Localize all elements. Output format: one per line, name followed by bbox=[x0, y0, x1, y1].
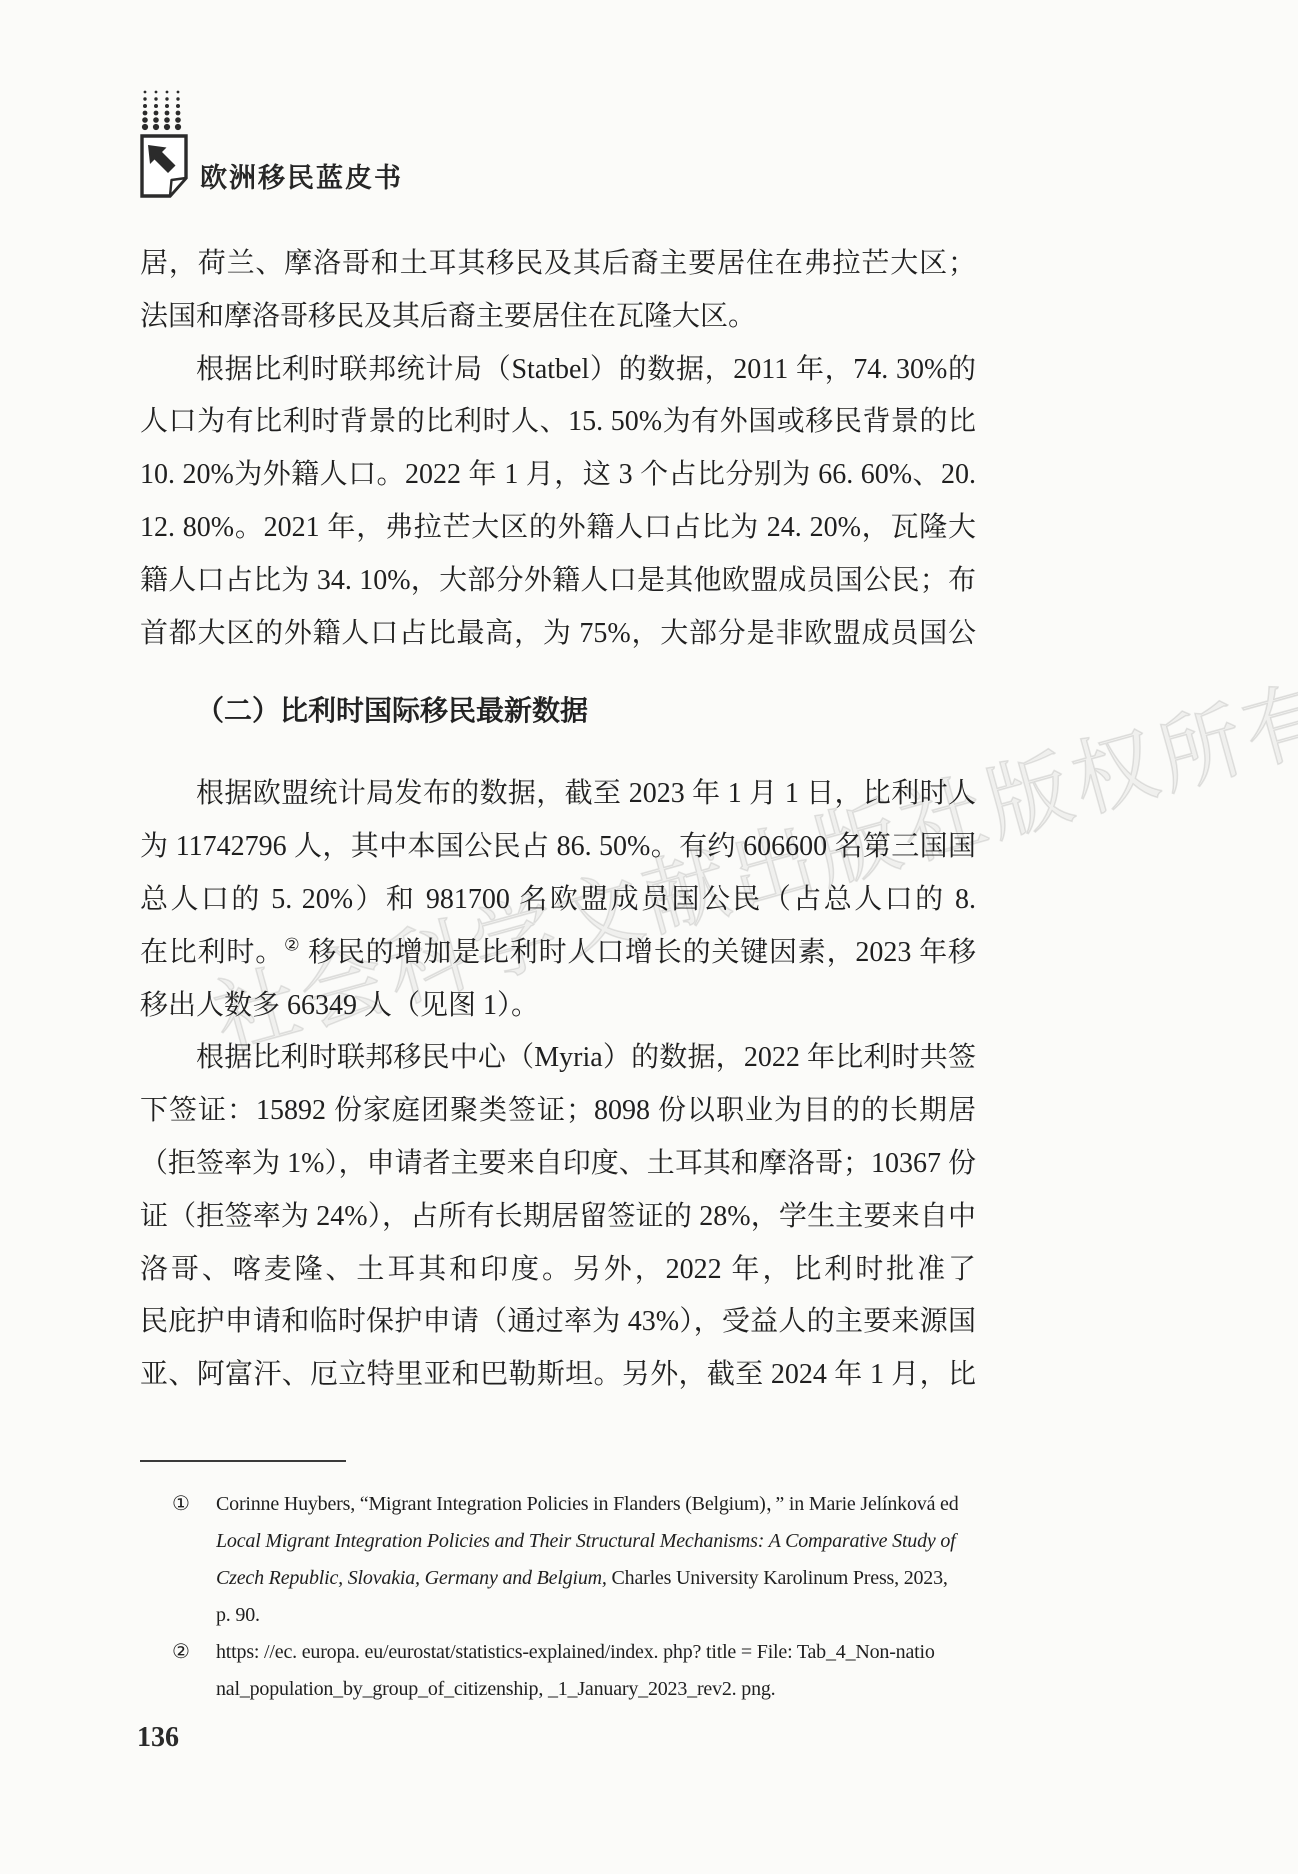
text-line: 民庇护申请和临时保护申请（通过率为 43%），受益人的主要来源国为叙利 bbox=[140, 1296, 976, 1349]
footnote-marker: ① bbox=[172, 1486, 216, 1523]
text-line: 法国和摩洛哥移民及其后裔主要居住在瓦隆大区。 bbox=[140, 291, 976, 344]
footnote-line: Local Migrant Integration Policies and T… bbox=[216, 1523, 958, 1560]
book-series-title: 欧洲移民蓝皮书 bbox=[200, 156, 403, 195]
text-line: 洛哥、喀麦隆、土耳其和印度。另外，2022 年，比利时批准了 11061 份难 bbox=[140, 1244, 976, 1297]
footnote-ref: ② bbox=[284, 935, 300, 954]
text-line: 下签证：15892 份家庭团聚类签证；8098 份以职业为目的的长期居留签证 bbox=[140, 1085, 976, 1138]
footnote-divider bbox=[140, 1460, 346, 1462]
footnote-text: Corinne Huybers, “Migrant Integration Po… bbox=[216, 1486, 958, 1634]
logo-dots bbox=[142, 91, 181, 131]
text-line: 12. 80%。2021 年，弗拉芒大区的外籍人口占比为 24. 20%，瓦隆大… bbox=[140, 502, 976, 555]
footnote-line: Corinne Huybers, “Migrant Integration Po… bbox=[216, 1486, 958, 1523]
text-line: 为 11742796 人，其中本国公民占 86. 50%。有约 606600 名… bbox=[140, 821, 976, 874]
text-line: 人口为有比利时背景的比利时人、15. 50%为有外国或移民背景的比利时人， bbox=[140, 396, 976, 449]
paragraph: 根据欧盟统计局发布的数据，截至 2023 年 1 月 1 日，比利时人口总数为 … bbox=[140, 768, 976, 1032]
text-line: 根据欧盟统计局发布的数据，截至 2023 年 1 月 1 日，比利时人口总数 bbox=[140, 768, 976, 821]
body-content: 居，荷兰、摩洛哥和土耳其移民及其后裔主要居住在弗拉芒大区；意大利、法国和摩洛哥移… bbox=[140, 238, 976, 1402]
footnotes: ①Corinne Huybers, “Migrant Integration P… bbox=[172, 1486, 958, 1708]
section-heading: （二）比利时国际移民最新数据 bbox=[140, 690, 976, 732]
paragraph: 根据比利时联邦移民中心（Myria）的数据，2022 年比利时共签发了如下签证：… bbox=[140, 1032, 976, 1402]
text-line: 根据比利时联邦统计局（Statbel）的数据，2011 年，74. 30%的比利… bbox=[140, 344, 976, 397]
text-line: 证（拒签率为 24%），占所有长期居留签证的 28%，学生主要来自中国、摩 bbox=[140, 1191, 976, 1244]
footnote-line: nal_population_by_group_of_citizenship, … bbox=[216, 1671, 958, 1708]
text-line: 亚、阿富汗、厄立特里亚和巴勒斯坦。另外，截至 2024 年 1 月，比利时为 bbox=[140, 1349, 976, 1402]
text-line: 移出人数多 66349 人（见图 1）。 bbox=[140, 980, 976, 1033]
footnote-item: ①Corinne Huybers, “Migrant Integration P… bbox=[172, 1486, 958, 1634]
text-line: 籍人口占比为 34. 10%，大部分外籍人口是其他欧盟成员国公民；布鲁塞尔 bbox=[140, 555, 976, 608]
text-line: 居，荷兰、摩洛哥和土耳其移民及其后裔主要居住在弗拉芒大区；意大利、 bbox=[140, 238, 976, 291]
footnote-line: https: //ec. europa. eu/eurostat/statist… bbox=[216, 1634, 958, 1671]
footnote-marker: ② bbox=[172, 1634, 216, 1671]
footnote-item: ②https: //ec. europa. eu/eurostat/statis… bbox=[172, 1634, 958, 1708]
text-line: 总人口的 5. 20%）和 981700 名欧盟成员国公民（占总人口的 8. 4… bbox=[140, 874, 976, 927]
paragraph: 根据比利时联邦统计局（Statbel）的数据，2011 年，74. 30%的比利… bbox=[140, 344, 976, 661]
footnote-text: https: //ec. europa. eu/eurostat/statist… bbox=[216, 1634, 958, 1708]
footnote-line: Czech Republic, Slovakia, Germany and Be… bbox=[216, 1560, 958, 1597]
paragraph: 居，荷兰、摩洛哥和土耳其移民及其后裔主要居住在弗拉芒大区；意大利、法国和摩洛哥移… bbox=[140, 238, 976, 344]
page-number: 136 bbox=[137, 1722, 179, 1754]
logo-document bbox=[142, 136, 186, 196]
text-line: 在比利时。② 移民的增加是比利时人口增长的关键因素，2023 年移入人数比 bbox=[140, 927, 976, 980]
footnote-line: p. 90. bbox=[216, 1597, 958, 1634]
book-page: 欧洲移民蓝皮书 社会科学文献出版社版权所有 居，荷兰、摩洛哥和土耳其移民及其后裔… bbox=[0, 0, 1298, 1874]
text-line: 首都大区的外籍人口占比最高，为 75%，大部分是非欧盟成员国公民。① bbox=[140, 608, 976, 661]
text-line: （拒签率为 1%），申请者主要来自印度、土耳其和摩洛哥；10367 份学习签 bbox=[140, 1138, 976, 1191]
publisher-logo-icon bbox=[138, 88, 190, 200]
text-line: 根据比利时联邦移民中心（Myria）的数据，2022 年比利时共签发了如 bbox=[140, 1032, 976, 1085]
text-line: 10. 20%为外籍人口。2022 年 1 月，这 3 个占比分别为 66. 6… bbox=[140, 449, 976, 502]
